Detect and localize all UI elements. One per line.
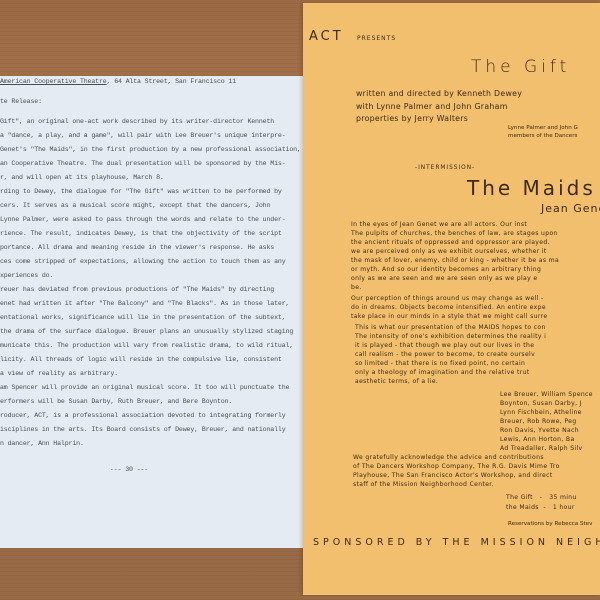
body-line: enet had written it after "The Balcony" …	[0, 300, 289, 307]
presentation-paragraph: This is what our presentation of the MAI…	[355, 323, 546, 386]
body-line: rding to Dewey, the dialogue for "The Gi…	[0, 188, 282, 195]
body-line: municate this. The production will vary …	[0, 342, 293, 349]
acknowledgements: We gratefully acknowledge the advice and…	[353, 453, 560, 489]
end-mark: --- 30 ---	[110, 466, 148, 473]
program-page: ACT PRESENTS The Gift written and direct…	[303, 3, 600, 595]
body-line: an Cooperative Theatre. The dual present…	[0, 160, 286, 167]
body-line: n dancer, Ann Halprin.	[0, 440, 84, 447]
gift-credit: properties by Jerry Walters	[356, 114, 468, 123]
body-line: portance. All drama and meaning reside i…	[0, 244, 274, 251]
gift-title: The Gift	[471, 57, 570, 77]
body-line: a view of reality as arbitrary.	[0, 370, 118, 377]
body-line: isciplines in the arts. Its Board consis…	[0, 426, 286, 433]
body-line: Lynne Palmer, were asked to pass through…	[0, 216, 286, 223]
body-line: erformers will be Susan Darby, Ruth Breu…	[0, 398, 232, 405]
press-release-page: American Cooperative Theatre, 64 Alta St…	[0, 76, 303, 548]
body-line: am Spencer will provide an original musi…	[0, 384, 289, 391]
presents-label: PRESENTS	[357, 35, 396, 42]
body-line: ces come stripped of expectations, allow…	[0, 258, 286, 265]
gift-cast-note: Lynne Palmer and John G	[508, 125, 578, 131]
body-line: a "dance, a play, and a game", will pair…	[0, 132, 286, 139]
body-line: rience. The result, indicates Dewey, is …	[0, 230, 282, 237]
body-line: cers. It serves as a musical score might…	[0, 202, 270, 209]
maids-title: The Maids by	[467, 176, 600, 200]
body-line: r, and will open at its playhouse, March…	[0, 174, 164, 181]
maids-author: Jean Genet	[541, 202, 600, 215]
body-line: entational works, significance will lie …	[0, 314, 286, 321]
reservations-note: Reservations by Rebecca Stev	[508, 521, 592, 527]
act-logo: ACT	[309, 29, 344, 44]
body-line: reuer has deviated from previous product…	[0, 286, 274, 293]
theatre-name: American Cooperative Theatre	[0, 78, 107, 85]
run-time-gift: The Gift - 35 minu	[506, 493, 577, 502]
release-label: te Release:	[0, 98, 42, 105]
body-line: the drama of the surface dialogue. Breue…	[0, 328, 293, 335]
genet-paragraph: In the eyes of Jean Genet we are all act…	[351, 220, 559, 292]
run-time-maids: the Maids - 1 hour	[506, 503, 575, 512]
body-line: xperiences do.	[0, 272, 53, 279]
gift-credit: with Lynne Palmer and John Graham	[356, 102, 508, 111]
press-header: American Cooperative Theatre, 64 Alta St…	[0, 78, 236, 85]
intermission-label: -INTERMISSION-	[415, 165, 475, 171]
body-line: roducer, ACT, is a professional associat…	[0, 412, 286, 419]
sponsor-line: SPONSORED BY THE MISSION NEIGHBORHOOD	[313, 537, 600, 548]
body-line: licity. All threads of logic will reside…	[0, 356, 282, 363]
theatre-address: , 64 Alta Street, San Francisco 11	[107, 78, 236, 85]
gift-cast-note: members of the Dancers	[508, 133, 577, 139]
body-line: Genet's "The Maids", in the first produc…	[0, 146, 301, 153]
body-line: Gift", an original one-act work describe…	[0, 118, 274, 125]
perception-paragraph: Our perception of things around us may c…	[351, 294, 547, 321]
gift-credit: written and directed by Kenneth Dewey	[356, 89, 522, 98]
cast-list: Lee Breuer, William Spence Boynton, Susa…	[500, 390, 593, 453]
